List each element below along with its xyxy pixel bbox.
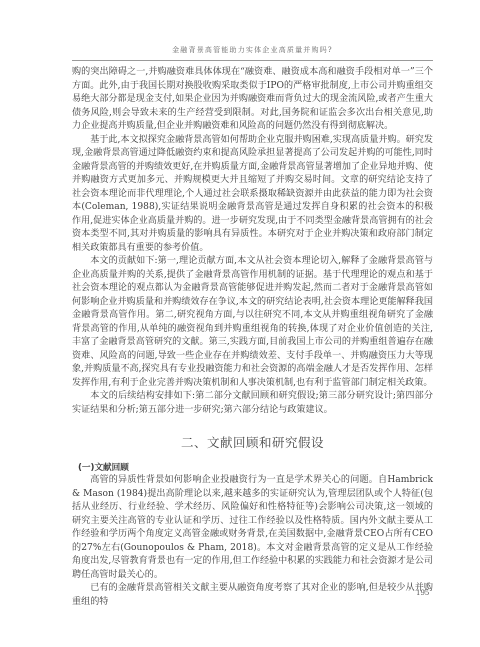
section-heading: 二、文献回顾和研究假设 <box>72 433 433 451</box>
subsection-heading: (一)文献回顾 <box>78 461 129 473</box>
paragraph-literature-review: 高管的异质性背景如何影响企业投融资行为一直是学术界关心的问题。自Hambrick… <box>72 474 433 582</box>
header-divider <box>72 60 433 61</box>
paragraph-research-summary: 基于此,本文拟探究金融背景高管如何帮助企业克服并购困难,实现高质量并购。研究发现… <box>72 134 433 256</box>
literature-review-text-block: 高管的异质性背景如何影响企业投融资行为一直是学术界关心的问题。自Hambrick… <box>72 474 433 609</box>
paragraph-structure: 本文的后续结构安排如下:第二部分文献回顾和研究假设;第三部分研究设计;第四部分实… <box>72 390 433 417</box>
paper-page: 金融背景高管能助力实体企业高质量并购吗? 购的突出障碍之一,并购融资难具体体现在… <box>0 0 480 647</box>
paragraph-literature-review-continued: 已有的金融背景高管相关文献主要从融资角度考察了其对企业的影响,但是较少从并购重组… <box>72 582 433 609</box>
paragraph-contributions: 本文的贡献如下:第一,理论贡献方面,本文从社会资本理论切入,解释了金融背景高管与… <box>72 255 433 390</box>
intro-text-block: 购的突出障碍之一,并购融资难具体体现在“融资难、融资成本高和融资手段相对单一”三… <box>72 66 433 417</box>
page-number: 195 <box>416 589 429 597</box>
paragraph-intro-continuation: 购的突出障碍之一,并购融资难具体体现在“融资难、融资成本高和融资手段相对单一”三… <box>72 66 433 134</box>
running-head-title: 金融背景高管能助力实体企业高质量并购吗? <box>72 45 433 55</box>
